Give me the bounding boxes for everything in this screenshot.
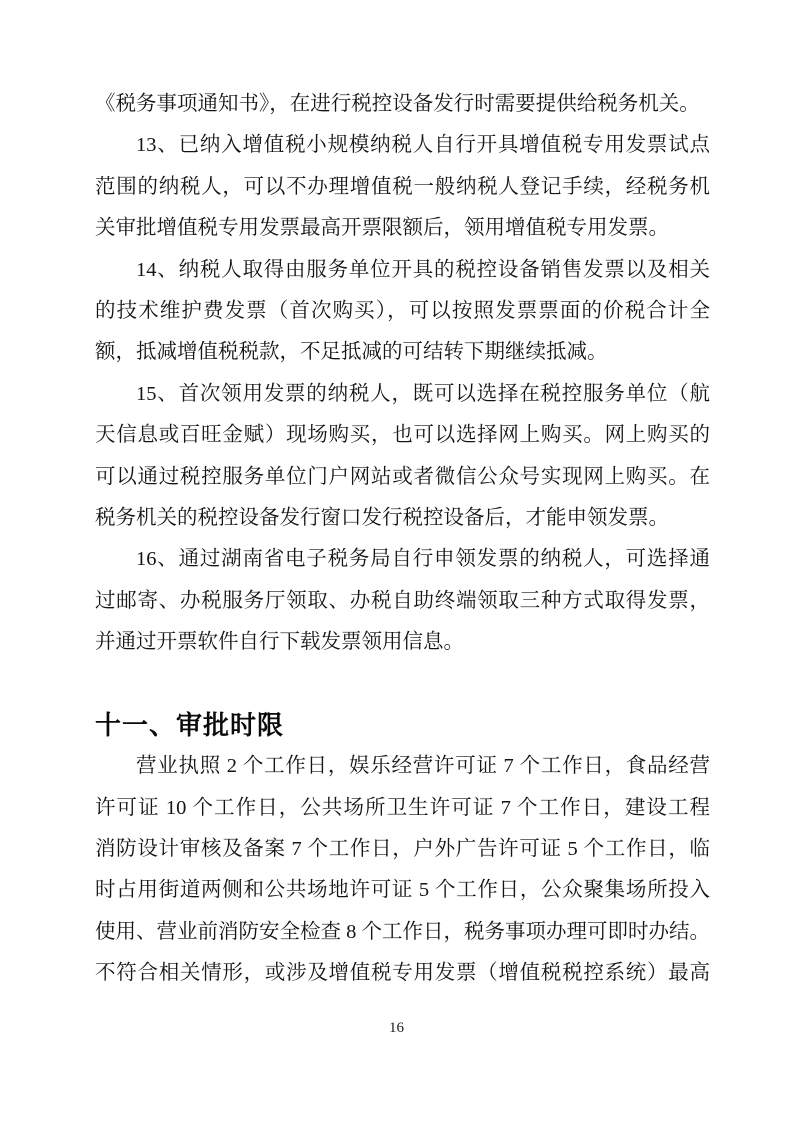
text-line: 13、已纳入增值税小规模纳税人自行开具增值税专用发票试点 (95, 125, 710, 166)
paragraph: 16、通过湖南省电子税务局自行申领发票的纳税人，可选择通过邮寄、办税服务厅领取、… (95, 539, 710, 663)
text-line: 的技术维护费发票（首次购买），可以按照发票票面的价税合计全 (95, 291, 710, 332)
text-line: 税务机关的税控设备发行窗口发行税控设备后，才能申领发票。 (95, 498, 710, 539)
text-line: 《税务事项通知书》，在进行税控设备发行时需要提供给税务机关。 (95, 84, 710, 125)
text-line: 营业执照 2 个工作日，娱乐经营许可证 7 个工作日，食品经营 (95, 746, 710, 787)
document-body: 《税务事项通知书》，在进行税控设备发行时需要提供给税务机关。13、已纳入增值税小… (95, 84, 710, 995)
text-line: 天信息或百旺金赋）现场购买，也可以选择网上购买。网上购买的 (95, 415, 710, 456)
text-line: 使用、营业前消防安全检查 8 个工作日，税务事项办理可即时办结。 (95, 912, 710, 953)
section-heading: 十一、审批时限 (95, 705, 710, 746)
text-line: 可以通过税控服务单位门户网站或者微信公众号实现网上购买。在 (95, 457, 710, 498)
paragraph: 15、首次领用发票的纳税人，既可以选择在税控服务单位（航天信息或百旺金赋）现场购… (95, 374, 710, 540)
paragraph-spacer (95, 663, 710, 704)
page-number: 16 (0, 1020, 793, 1037)
text-line: 范围的纳税人，可以不办理增值税一般纳税人登记手续，经税务机 (95, 167, 710, 208)
paragraph: 13、已纳入增值税小规模纳税人自行开具增值税专用发票试点范围的纳税人，可以不办理… (95, 125, 710, 249)
document-page: 《税务事项通知书》，在进行税控设备发行时需要提供给税务机关。13、已纳入增值税小… (0, 0, 793, 1122)
text-line: 消防设计审核及备案 7 个工作日，户外广告许可证 5 个工作日，临 (95, 829, 710, 870)
text-line: 16、通过湖南省电子税务局自行申领发票的纳税人，可选择通 (95, 539, 710, 580)
paragraph: 营业执照 2 个工作日，娱乐经营许可证 7 个工作日，食品经营许可证 10 个工… (95, 746, 710, 994)
text-line: 许可证 10 个工作日，公共场所卫生许可证 7 个工作日，建设工程 (95, 788, 710, 829)
text-line: 额，抵减增值税税款，不足抵减的可结转下期继续抵减。 (95, 332, 710, 373)
text-line: 并通过开票软件自行下载发票领用信息。 (95, 622, 710, 663)
text-line: 14、纳税人取得由服务单位开具的税控设备销售发票以及相关 (95, 250, 710, 291)
text-line: 不符合相关情形，或涉及增值税专用发票（增值税税控系统）最高 (95, 953, 710, 994)
paragraph: 《税务事项通知书》，在进行税控设备发行时需要提供给税务机关。 (95, 84, 710, 125)
text-line: 时占用街道两侧和公共场地许可证 5 个工作日，公众聚集场所投入 (95, 870, 710, 911)
text-line: 15、首次领用发票的纳税人，既可以选择在税控服务单位（航 (95, 374, 710, 415)
text-line: 过邮寄、办税服务厅领取、办税自助终端领取三种方式取得发票， (95, 581, 710, 622)
text-line: 关审批增值税专用发票最高开票限额后，领用增值税专用发票。 (95, 208, 710, 249)
paragraph: 14、纳税人取得由服务单位开具的税控设备销售发票以及相关的技术维护费发票（首次购… (95, 250, 710, 374)
